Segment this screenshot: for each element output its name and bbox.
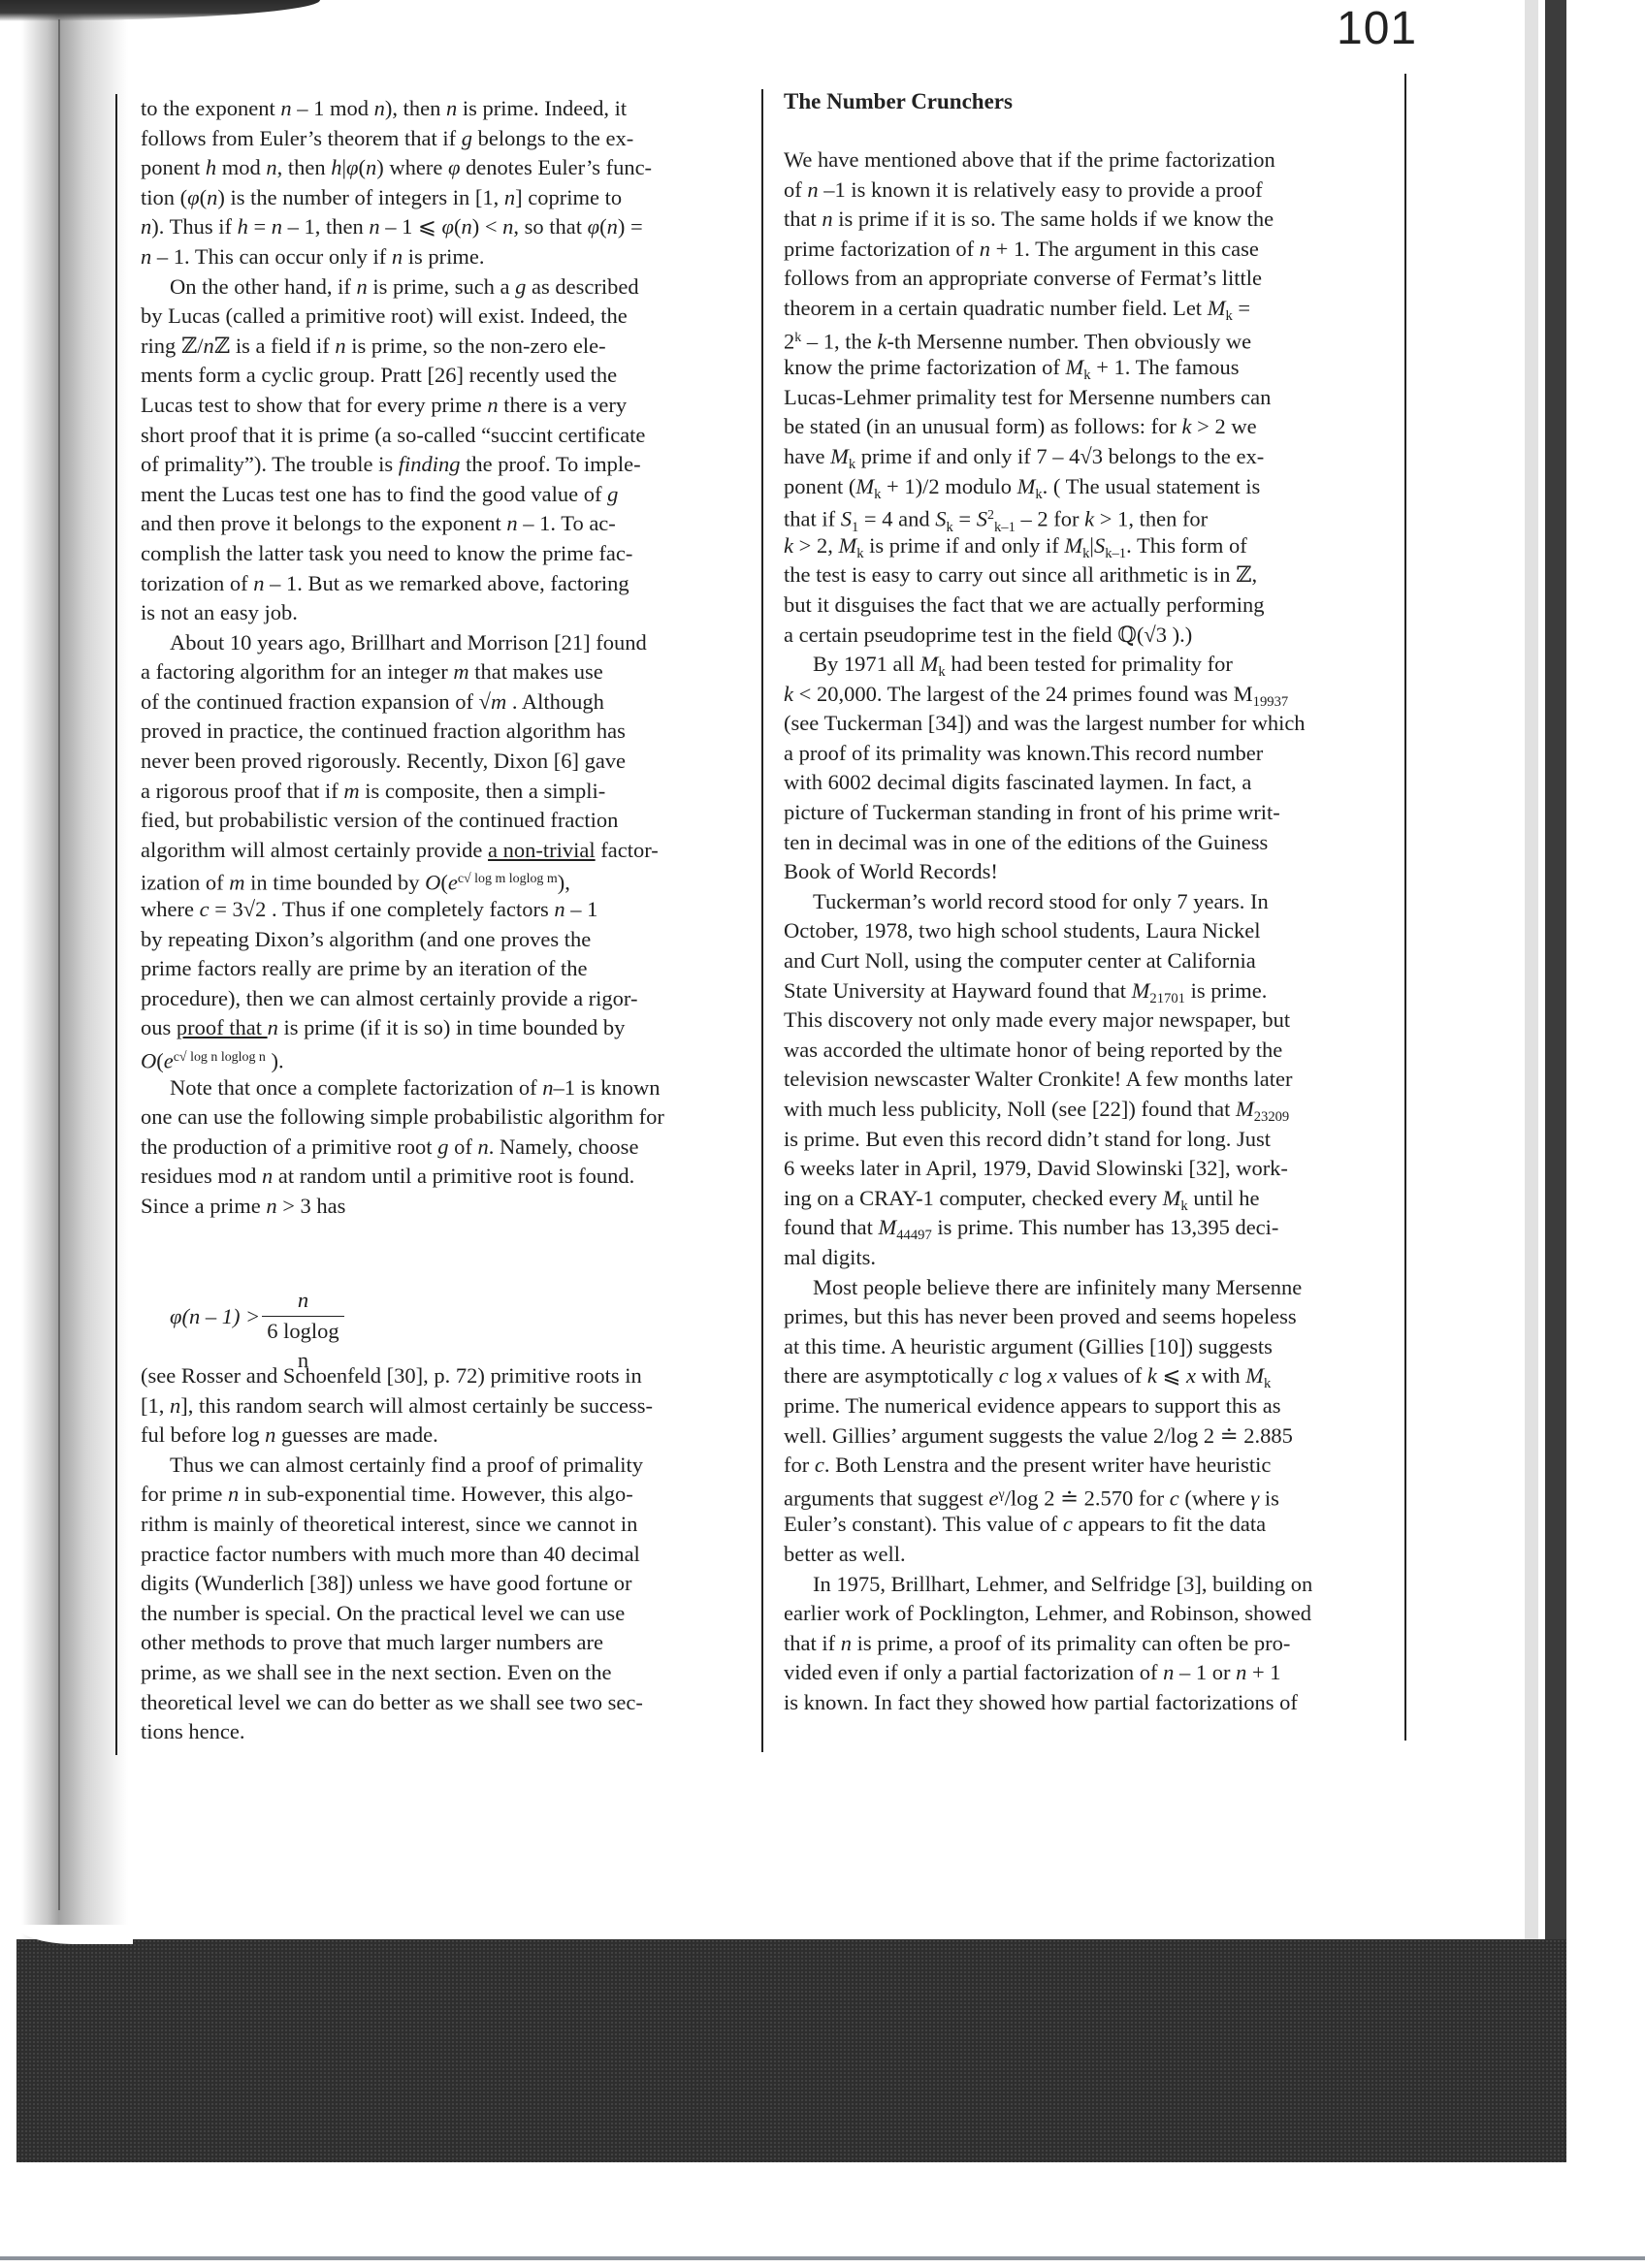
text-line: is prime. But even this record didn’t st…: [784, 1125, 1395, 1155]
text-line: residues mod n at random until a primiti…: [141, 1162, 747, 1192]
text-line: October, 1978, two high school students,…: [784, 916, 1395, 946]
column-separator-rule: [761, 89, 763, 1752]
text-line: well. Gillies’ argument suggests the val…: [784, 1421, 1395, 1452]
text-line: by repeating Dixon’s algorithm (and one …: [141, 925, 747, 955]
text-line: k > 2, Mk is prime if and only if Mk|Sk–…: [784, 531, 1395, 561]
text-line: and then prove it belongs to the exponen…: [141, 509, 747, 539]
text-line: have Mk prime if and only if 7 – 4√3 bel…: [784, 442, 1395, 472]
text-line: (see Tuckerman [34]) and was the largest…: [784, 709, 1395, 739]
text-line: prime factors really are prime by an ite…: [141, 954, 747, 984]
text-line: of n –1 is known it is relatively easy t…: [784, 176, 1395, 206]
text-line: by Lucas (called a primitive root) will …: [141, 302, 747, 332]
text-line: Euler’s constant). This value of c appea…: [784, 1510, 1395, 1540]
text-line: theoretical level we can do better as we…: [141, 1688, 747, 1718]
text-line: This discovery not only made every major…: [784, 1006, 1395, 1036]
text-line: but it disguises the fact that we are ac…: [784, 591, 1395, 621]
text-line: never been proved rigorously. Recently, …: [141, 747, 747, 777]
text-line: n – 1. This can occur only if n is prime…: [141, 242, 747, 272]
text-line: [1, n], this random search will almost c…: [141, 1391, 747, 1421]
page-number: 101: [1337, 2, 1417, 55]
formula-lhs: φ(n – 1) >: [170, 1304, 260, 1329]
text-line: Lucas-Lehmer primality test for Mersenne…: [784, 383, 1395, 413]
text-line: there are asymptotically c log x values …: [784, 1361, 1395, 1391]
text-line: where c = 3√2 . Thus if one completely f…: [141, 895, 747, 925]
text-line: be stated (in an unusual form) as follow…: [784, 412, 1395, 442]
text-line: torization of n – 1. But as we remarked …: [141, 569, 747, 599]
text-line: to the exponent n – 1 mod n), then n is …: [141, 94, 747, 124]
text-line: O(ec√ log n loglog n ).: [141, 1043, 747, 1073]
left-column: to the exponent n – 1 mod n), then n is …: [141, 94, 747, 1222]
text-line: ten in decimal was in one of the edition…: [784, 828, 1395, 858]
text-line: proved in practice, the continued fracti…: [141, 717, 747, 747]
text-line: for prime n in sub-exponential time. How…: [141, 1480, 747, 1510]
text-line: procedure), then we can almost certainly…: [141, 984, 747, 1014]
text-line: Lucas test to show that for every prime …: [141, 391, 747, 421]
text-line: of the continued fraction expansion of √…: [141, 687, 747, 718]
text-line: On the other hand, if n is prime, such a…: [141, 272, 747, 303]
text-line: ponent h mod n, then h|φ(n) where φ deno…: [141, 153, 747, 183]
text-line: of primality”). The trouble is finding t…: [141, 450, 747, 480]
text-line: algorithm will almost certainly provide …: [141, 836, 747, 866]
text-line: By 1971 all Mk had been tested for prima…: [784, 650, 1395, 680]
text-line: ring ℤ/nℤ is a field if n is prime, so t…: [141, 332, 747, 362]
text-line: short proof that it is prime (a so-calle…: [141, 421, 747, 451]
text-line: n). Thus if h = n – 1, then n – 1 ⩽ φ(n)…: [141, 212, 747, 242]
text-line: ization of m in time bounded by O(ec√ lo…: [141, 865, 747, 895]
text-line: Book of World Records!: [784, 857, 1395, 887]
text-line: a rigorous proof that if m is composite,…: [141, 777, 747, 807]
text-line: ful before log n guesses are made.: [141, 1421, 747, 1451]
text-line: practice factor numbers with much more t…: [141, 1540, 747, 1570]
text-line: ments form a cyclic group. Pratt [26] re…: [141, 361, 747, 391]
text-line: Most people believe there are infinitely…: [784, 1273, 1395, 1303]
text-line: that n is prime if it is so. The same ho…: [784, 205, 1395, 235]
text-line: About 10 years ago, Brillhart and Morris…: [141, 628, 747, 658]
text-line: prime, as we shall see in the next secti…: [141, 1658, 747, 1688]
left-column-continued: (see Rosser and Schoenfeld [30], p. 72) …: [141, 1361, 747, 1747]
text-line: follows from Euler’s theorem that if g b…: [141, 124, 747, 154]
scan-bottom-dark-band: [16, 1939, 1566, 2162]
left-column-rule: [115, 94, 117, 1755]
text-line: In 1975, Brillhart, Lehmer, and Selfridg…: [784, 1570, 1395, 1600]
text-line: Note that once a complete factorization …: [141, 1073, 747, 1103]
text-line: Tuckerman’s world record stood for only …: [784, 887, 1395, 917]
text-line: follows from an appropriate converse of …: [784, 264, 1395, 294]
scan-gutter-shadow: [21, 0, 128, 1939]
text-line: found that M44497 is prime. This number …: [784, 1213, 1395, 1243]
text-line: mal digits.: [784, 1243, 1395, 1273]
text-line: 2k – 1, the k-th Mersenne number. Then o…: [784, 324, 1395, 354]
text-line: tion (φ(n) is the number of integers in …: [141, 183, 747, 213]
scan-bottom-edge: [0, 2256, 1645, 2260]
text-line: the test is easy to carry out since all …: [784, 560, 1395, 591]
text-line: (see Rosser and Schoenfeld [30], p. 72) …: [141, 1361, 747, 1391]
text-line: that if n is prime, a proof of its prima…: [784, 1629, 1395, 1659]
text-line: ing on a CRAY-1 computer, checked every …: [784, 1184, 1395, 1214]
text-line: is known. In fact they showed how partia…: [784, 1688, 1395, 1718]
text-line: is not an easy job.: [141, 598, 747, 628]
text-line: the number is special. On the practical …: [141, 1599, 747, 1629]
left-column-lines: to the exponent n – 1 mod n), then n is …: [141, 94, 747, 1222]
text-line: Thus we can almost certainly find a proo…: [141, 1451, 747, 1481]
text-line: ponent (Mk + 1)/2 modulo Mk. ( The usual…: [784, 472, 1395, 502]
text-line: tions hence.: [141, 1717, 747, 1747]
text-line: know the prime factorization of Mk + 1. …: [784, 353, 1395, 383]
right-column: We have mentioned above that if the prim…: [784, 145, 1395, 1717]
text-line: primes, but this has never been proved a…: [784, 1302, 1395, 1332]
text-line: We have mentioned above that if the prim…: [784, 145, 1395, 176]
text-line: and Curt Noll, using the computer center…: [784, 946, 1395, 976]
text-line: ment the Lucas test one has to find the …: [141, 480, 747, 510]
text-line: theorem in a certain quadratic number fi…: [784, 294, 1395, 324]
text-line: for c. Both Lenstra and the present writ…: [784, 1451, 1395, 1481]
text-line: other methods to prove that much larger …: [141, 1628, 747, 1658]
text-line: arguments that suggest eγ/log 2 ≐ 2.570 …: [784, 1481, 1395, 1511]
text-line: State University at Hayward found that M…: [784, 976, 1395, 1006]
book-spine-line: [58, 19, 60, 1910]
text-line: was accorded the ultimate honor of being…: [784, 1036, 1395, 1066]
right-column-lines: We have mentioned above that if the prim…: [784, 145, 1395, 1717]
text-line: earlier work of Pocklington, Lehmer, and…: [784, 1599, 1395, 1629]
text-line: prime. The numerical evidence appears to…: [784, 1391, 1395, 1421]
text-line: rithm is mainly of theoretical interest,…: [141, 1510, 747, 1540]
text-line: better as well.: [784, 1540, 1395, 1570]
scan-right-shade: [1525, 0, 1538, 1939]
text-line: with 6002 decimal digits fascinated laym…: [784, 768, 1395, 798]
text-line: that if S1 = 4 and Sk = S2k–1 – 2 for k …: [784, 501, 1395, 531]
text-line: a proof of its primality was known.This …: [784, 739, 1395, 769]
text-line: ous proof that n is prime (if it is so) …: [141, 1013, 747, 1043]
right-column-rule: [1404, 74, 1406, 1741]
text-line: at this time. A heuristic argument (Gill…: [784, 1332, 1395, 1362]
text-line: one can use the following simple probabi…: [141, 1102, 747, 1133]
text-line: a certain pseudoprime test in the field …: [784, 621, 1395, 651]
text-line: prime factorization of n + 1. The argume…: [784, 235, 1395, 265]
text-line: the production of a primitive root g of …: [141, 1133, 747, 1163]
text-line: with much less publicity, Noll (see [22]…: [784, 1095, 1395, 1125]
text-line: television newscaster Walter Cronkite! A…: [784, 1065, 1395, 1095]
text-line: fied, but probabilistic version of the c…: [141, 806, 747, 836]
text-line: k < 20,000. The largest of the 24 primes…: [784, 680, 1395, 710]
page-corner-curl: [0, 0, 320, 21]
text-line: picture of Tuckerman standing in front o…: [784, 798, 1395, 828]
text-line: digits (Wunderlich [38]) unless we have …: [141, 1569, 747, 1599]
text-line: vided even if only a partial factorizati…: [784, 1658, 1395, 1688]
text-line: a factoring algorithm for an integer m t…: [141, 657, 747, 687]
text-line: complish the latter task you need to kno…: [141, 539, 747, 569]
left-column-lines-after: (see Rosser and Schoenfeld [30], p. 72) …: [141, 1361, 747, 1747]
text-line: 6 weeks later in April, 1979, David Slow…: [784, 1154, 1395, 1184]
section-heading: The Number Crunchers: [784, 89, 1013, 114]
scan-right-edge: [1545, 0, 1566, 1949]
formula-numerator: n: [262, 1285, 344, 1316]
text-line: Since a prime n > 3 has: [141, 1192, 747, 1222]
